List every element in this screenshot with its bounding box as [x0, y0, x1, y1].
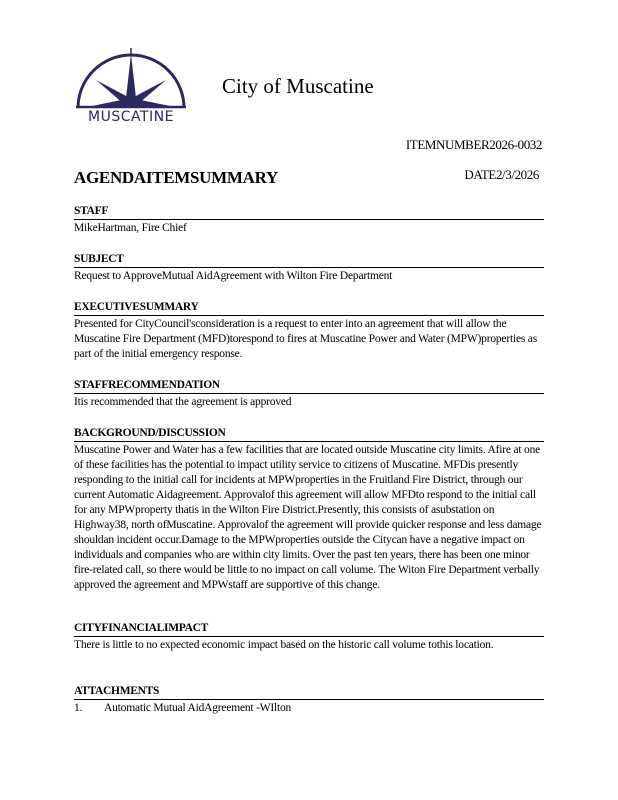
attachment-item[interactable]: 1. Automatic Mutual AidAgreement -WIlton [74, 701, 544, 716]
section-executive-summary: EXECUTIVESUMMARY Presented for CityCounc… [74, 301, 544, 362]
section-body: Presented for CityCouncil'sconsideration… [74, 316, 544, 362]
section-staff: STAFF MikeHartman, Fire Chief [74, 205, 544, 236]
city-title: City of Muscatine [222, 74, 374, 99]
item-number: ITEMNUMBER2026-0032 [406, 137, 542, 153]
section-attachments: ATTACHMENTS 1. Automatic Mutual AidAgree… [74, 685, 544, 716]
section-background-discussion: BACKGROUND/DISCUSSION Muscatine Power an… [74, 427, 544, 593]
section-body: Muscatine Power and Water has a few faci… [74, 442, 544, 593]
attachment-number: 1. [74, 701, 104, 716]
section-body: Request to ApproveMutual AidAgreement wi… [74, 268, 544, 284]
section-body: MikeHartman, Fire Chief [74, 220, 544, 236]
section-heading: SUBJECT [74, 253, 544, 268]
compass-star-icon: MUSCATINE [72, 48, 190, 124]
section-heading: STAFF [74, 205, 544, 220]
document-date: DATE2/3/2026 [464, 167, 539, 183]
section-staff-recommendation: STAFFRECOMMENDATION Itis recommended tha… [74, 379, 544, 410]
section-financial-impact: CITYFINANCIALIMPACT There is little to n… [74, 622, 544, 653]
svg-text:MUSCATINE: MUSCATINE [88, 109, 174, 124]
document-title: AGENDAITEMSUMMARY [74, 168, 278, 188]
section-heading: CITYFINANCIALIMPACT [74, 622, 544, 637]
section-subject: SUBJECT Request to ApproveMutual AidAgre… [74, 253, 544, 284]
section-heading: ATTACHMENTS [74, 685, 544, 700]
section-heading: STAFFRECOMMENDATION [74, 379, 544, 394]
section-body: There is little to no expected economic … [74, 637, 544, 653]
attachments-list: 1. Automatic Mutual AidAgreement -WIlton [74, 700, 544, 716]
attachment-label[interactable]: Automatic Mutual AidAgreement -WIlton [104, 701, 291, 716]
section-body: Itis recommended that the agreement is a… [74, 394, 544, 410]
city-logo: MUSCATINE [72, 48, 190, 124]
section-heading: BACKGROUND/DISCUSSION [74, 427, 544, 442]
section-heading: EXECUTIVESUMMARY [74, 301, 544, 316]
